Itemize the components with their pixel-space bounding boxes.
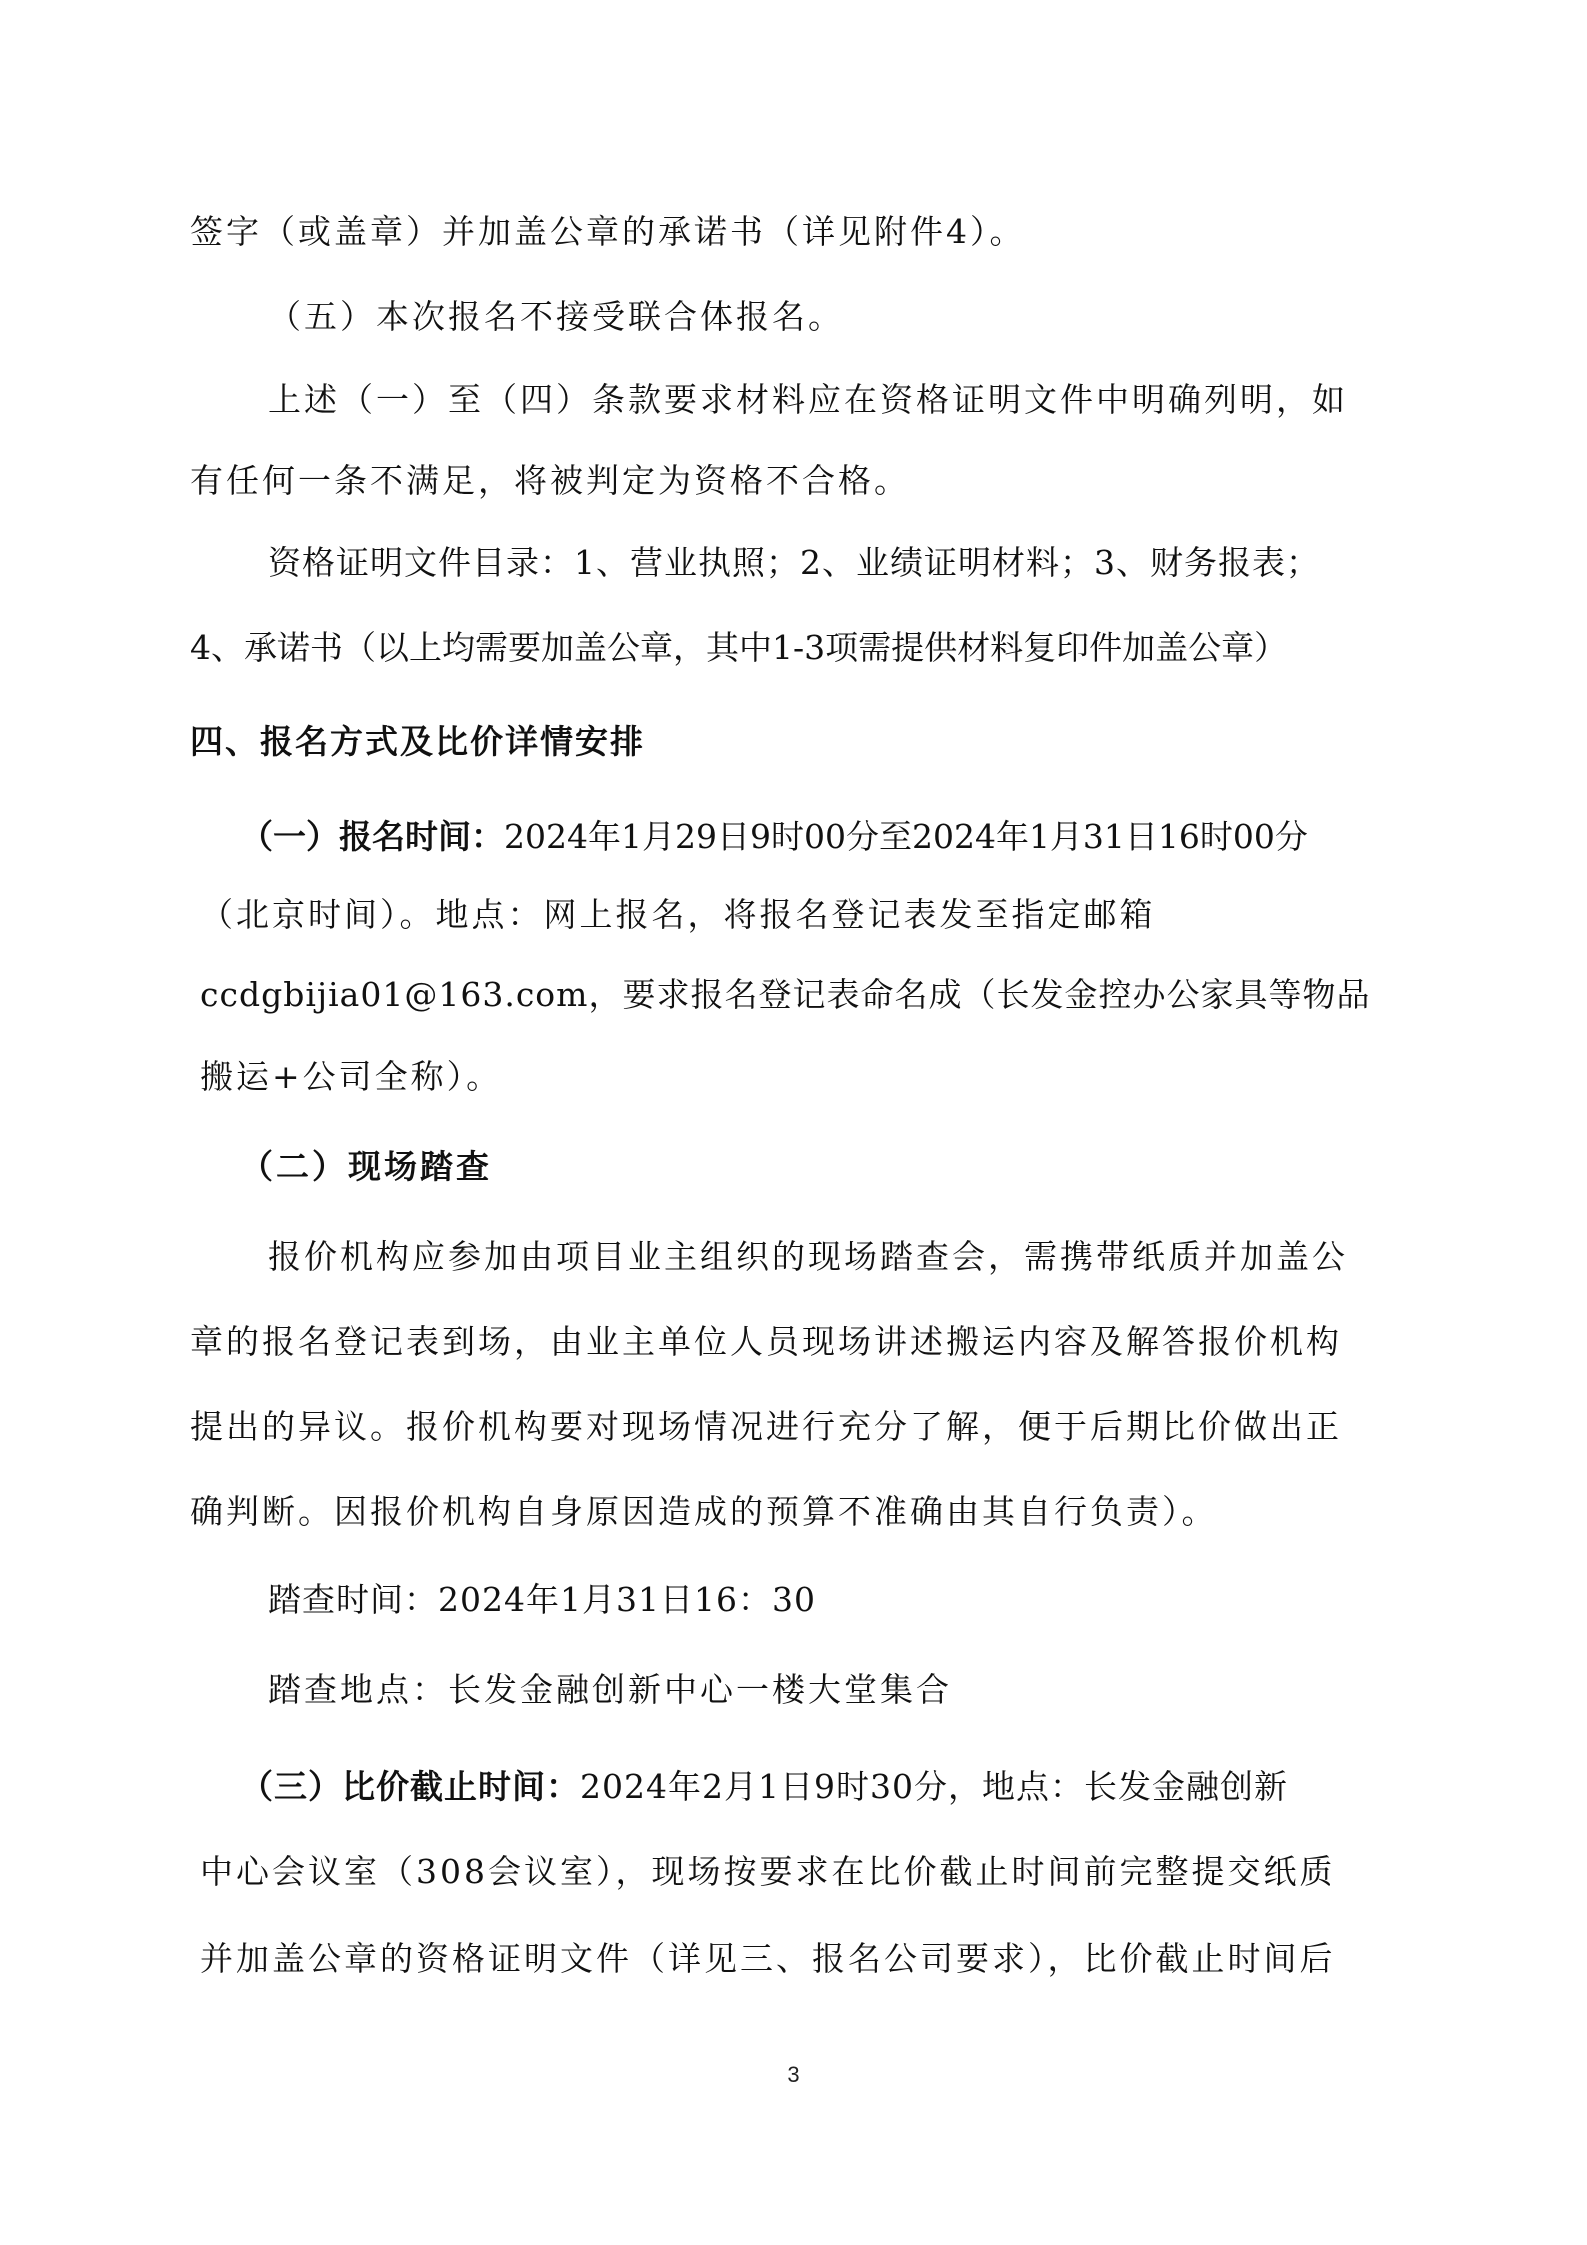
- deadline-value: 2024年2月1日9时30分，地点：长发金融创新: [580, 1767, 1288, 1806]
- registration-time-label: （一）报名时间：: [240, 817, 504, 856]
- inspection-time: 踏查时间：2024年1月31日16：30: [268, 1580, 1498, 1620]
- paragraph-line: 报价机构应参加由项目业主组织的现场踏查会，需携带纸质并加盖公: [268, 1237, 1498, 1277]
- paragraph-line: 提出的异议。报价机构要对现场情况进行充分了解，便于后期比价做出正: [190, 1407, 1420, 1447]
- registration-time-line: （一）报名时间：2024年1月29日9时00分至2024年1月31日16时00分: [240, 817, 1470, 857]
- paragraph-line: 资格证明文件目录：1、营业执照；2、业绩证明材料；3、财务报表；: [268, 543, 1498, 583]
- paragraph-line: 确判断。因报价机构自身原因造成的预算不准确由其自行负责）。: [190, 1492, 1420, 1532]
- paragraph-line: 搬运+公司全称）。: [200, 1057, 1430, 1097]
- paragraph-line: 章的报名登记表到场，由业主单位人员现场讲述搬运内容及解答报价机构: [190, 1322, 1420, 1362]
- deadline-label: （三）比价截止时间：: [240, 1767, 580, 1806]
- paragraph-line: 中心会议室（308会议室），现场按要求在比价截止时间前完整提交纸质: [200, 1852, 1430, 1892]
- paragraph-line: 有任何一条不满足，将被判定为资格不合格。: [190, 461, 1420, 501]
- registration-time-value: 2024年1月29日9时00分至2024年1月31日16时00分: [504, 817, 1308, 856]
- inspection-place: 踏查地点：长发金融创新中心一楼大堂集合: [268, 1670, 1498, 1710]
- page-number: 3: [0, 2062, 1587, 2088]
- document-page: 签字（或盖章）并加盖公章的承诺书（详见附件4）。 （五）本次报名不接受联合体报名…: [0, 0, 1587, 2245]
- paragraph-line: 并加盖公章的资格证明文件（详见三、报名公司要求），比价截止时间后: [200, 1939, 1430, 1979]
- paragraph-line: 4、承诺书（以上均需要加盖公章，其中1-3项需提供材料复印件加盖公章）: [190, 628, 1420, 668]
- paragraph-line: 签字（或盖章）并加盖公章的承诺书（详见附件4）。: [190, 212, 1420, 252]
- subsection-heading: （二）现场踏查: [240, 1147, 1470, 1187]
- paragraph-line: （北京时间）。地点：网上报名，将报名登记表发至指定邮箱: [200, 895, 1430, 935]
- deadline-line: （三）比价截止时间：2024年2月1日9时30分，地点：长发金融创新: [240, 1767, 1470, 1807]
- section-heading: 四、报名方式及比价详情安排: [190, 722, 1420, 762]
- paragraph-line: （五）本次报名不接受联合体报名。: [268, 297, 1498, 337]
- paragraph-line: 上述（一）至（四）条款要求材料应在资格证明文件中明确列明，如: [268, 380, 1498, 420]
- email-line: ccdgbijia01@163.com，要求报名登记表命名成（长发金控办公家具等…: [200, 975, 1430, 1015]
